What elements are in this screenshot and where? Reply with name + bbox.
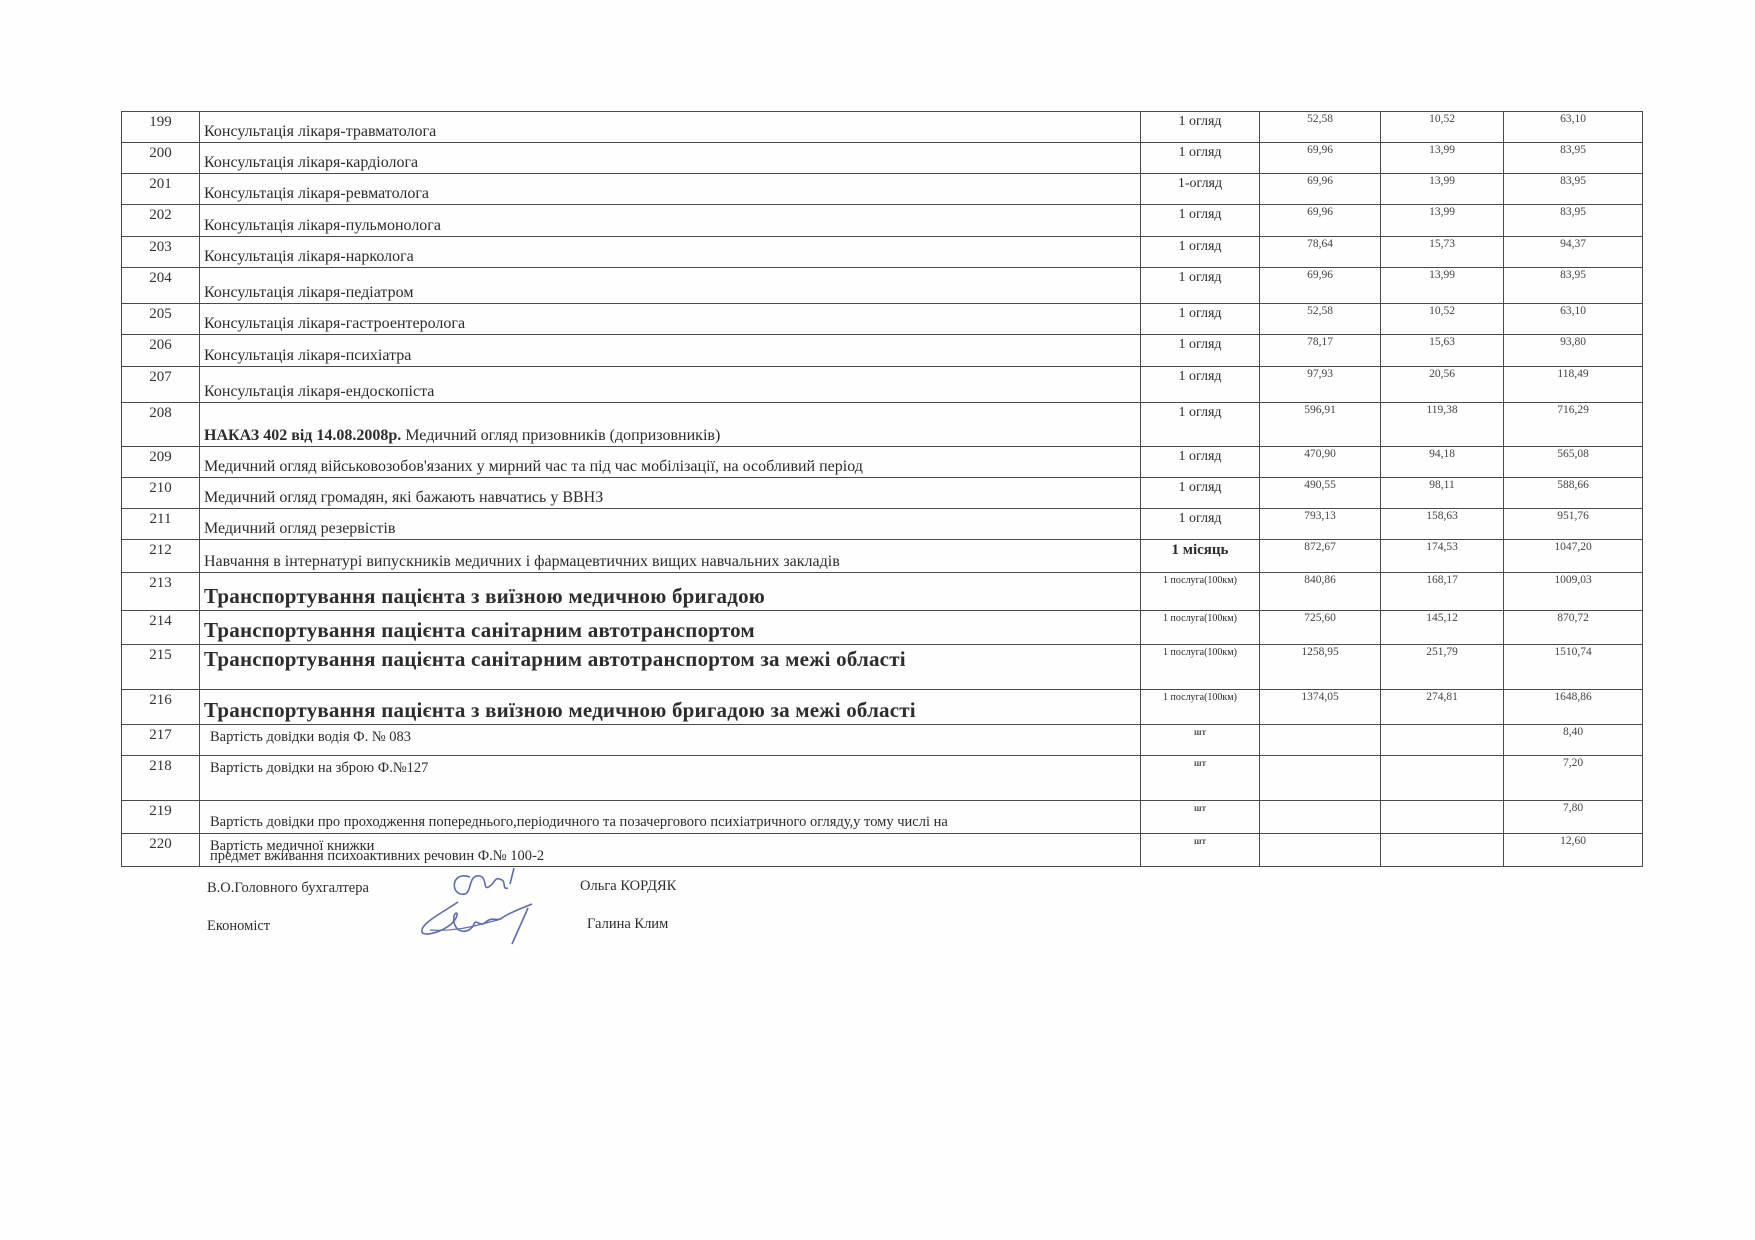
- total-price: 870,72: [1504, 611, 1642, 624]
- row-number-cell: 217: [122, 725, 200, 756]
- service-name: НАКАЗ 402 від 14.08.2008р. Медичний огля…: [204, 427, 720, 445]
- row-number: 206: [122, 335, 199, 354]
- cost-without-vat: 470,90: [1260, 447, 1380, 460]
- row-number: 217: [122, 725, 199, 744]
- service-name-cell: Вартість довідки про проходження поперед…: [200, 801, 1141, 834]
- total-price: 7,80: [1504, 801, 1642, 814]
- vat-amount-cell: 13,99: [1381, 174, 1504, 205]
- vat-amount: [1381, 756, 1503, 757]
- total-price: 8,40: [1504, 725, 1642, 738]
- unit-of-measure: шт: [1141, 801, 1259, 813]
- cost-without-vat: 69,96: [1260, 174, 1380, 187]
- cost-without-vat-cell: 69,96: [1260, 143, 1381, 174]
- unit-of-measure-cell: 1 огляд: [1141, 478, 1260, 509]
- table-row: 217Вартість довідки водія Ф. № 083шт8,40: [122, 725, 1643, 756]
- total-price-cell: 716,29: [1504, 403, 1643, 447]
- table-row: 204Консультація лікаря-педіатром1 огляд6…: [122, 268, 1643, 304]
- vat-amount: 274,81: [1381, 690, 1503, 703]
- vat-amount: 251,79: [1381, 645, 1503, 658]
- vat-amount: 13,99: [1381, 205, 1503, 218]
- vat-amount-cell: 20,56: [1381, 367, 1504, 403]
- service-name: Консультація лікаря-педіатром: [204, 284, 413, 302]
- service-name: Консультація лікаря-травматолога: [204, 123, 436, 141]
- cost-without-vat-cell: 69,96: [1260, 268, 1381, 304]
- row-number: 201: [122, 174, 199, 193]
- total-price-cell: 588,66: [1504, 478, 1643, 509]
- row-number: 205: [122, 304, 199, 323]
- service-name-cell: Консультація лікаря-кардіолога: [200, 143, 1141, 174]
- vat-amount-cell: 98,11: [1381, 478, 1504, 509]
- unit-of-measure-cell: шт: [1141, 834, 1260, 867]
- service-name-cell: Консультація лікаря-гастроентеролога: [200, 304, 1141, 335]
- service-name: Консультація лікаря-ревматолога: [204, 185, 429, 203]
- cost-without-vat-cell: 872,67: [1260, 540, 1381, 573]
- cost-without-vat-cell: 78,64: [1260, 237, 1381, 268]
- total-price-cell: 12,60: [1504, 834, 1643, 867]
- service-name-cell: Консультація лікаря-педіатром: [200, 268, 1141, 304]
- vat-amount-cell: 13,99: [1381, 268, 1504, 304]
- signature-name-chief-accountant: Ольга КОРДЯК: [580, 878, 676, 895]
- unit-of-measure-cell: 1 огляд: [1141, 112, 1260, 143]
- total-price-cell: 118,49: [1504, 367, 1643, 403]
- cost-without-vat: 78,17: [1260, 335, 1380, 348]
- vat-amount-cell: 274,81: [1381, 690, 1504, 725]
- service-name: Медичний огляд громадян, які бажають нав…: [204, 489, 603, 507]
- service-name-text: Медичний огляд призовників (допризовникі…: [401, 427, 720, 444]
- unit-of-measure-cell: 1 огляд: [1141, 268, 1260, 304]
- service-name-cell: НАКАЗ 402 від 14.08.2008р. Медичний огля…: [200, 403, 1141, 447]
- unit-of-measure-cell: 1 огляд: [1141, 304, 1260, 335]
- unit-of-measure: 1-огляд: [1141, 174, 1259, 192]
- vat-amount-cell: [1381, 756, 1504, 801]
- unit-of-measure: 1 місяць: [1141, 540, 1259, 559]
- service-name: Консультація лікаря-кардіолога: [204, 154, 418, 172]
- cost-without-vat: 490,55: [1260, 478, 1380, 491]
- row-number-cell: 216: [122, 690, 200, 725]
- unit-of-measure: 1 огляд: [1141, 304, 1259, 322]
- unit-of-measure-cell: 1 послуга(100км): [1141, 573, 1260, 611]
- unit-of-measure: 1 огляд: [1141, 112, 1259, 130]
- row-number-cell: 207: [122, 367, 200, 403]
- unit-of-measure-cell: 1 огляд: [1141, 403, 1260, 447]
- total-price: 1510,74: [1504, 645, 1642, 658]
- unit-of-measure: 1 послуга(100км): [1141, 573, 1259, 586]
- cost-without-vat-cell: [1260, 725, 1381, 756]
- total-price-cell: 1648,86: [1504, 690, 1643, 725]
- total-price-cell: 83,95: [1504, 174, 1643, 205]
- cost-without-vat: 69,96: [1260, 268, 1380, 281]
- vat-amount: [1381, 834, 1503, 835]
- total-price: 118,49: [1504, 367, 1642, 380]
- row-number: 215: [122, 645, 199, 664]
- unit-of-measure: шт: [1141, 725, 1259, 737]
- cost-without-vat-cell: 78,17: [1260, 335, 1381, 367]
- service-name-cell: Транспортування пацієнта з виїзною медич…: [200, 573, 1141, 611]
- service-name: Вартість довідки водія Ф. № 083: [210, 729, 411, 746]
- total-price: 83,95: [1504, 205, 1642, 218]
- cost-without-vat: [1260, 756, 1380, 757]
- vat-amount: 15,63: [1381, 335, 1503, 348]
- vat-amount-cell: 10,52: [1381, 304, 1504, 335]
- table-row: 210Медичний огляд громадян, які бажають …: [122, 478, 1643, 509]
- vat-amount: 145,12: [1381, 611, 1503, 624]
- unit-of-measure: 1 огляд: [1141, 335, 1259, 353]
- vat-amount: [1381, 801, 1503, 802]
- row-number: 209: [122, 447, 199, 466]
- total-price-cell: 951,76: [1504, 509, 1643, 540]
- service-name-cell: Транспортування пацієнта з виїзною медич…: [200, 690, 1141, 725]
- row-number: 202: [122, 205, 199, 224]
- vat-amount-cell: 174,53: [1381, 540, 1504, 573]
- table-row: 214Транспортування пацієнта санітарним а…: [122, 611, 1643, 645]
- row-number-cell: 205: [122, 304, 200, 335]
- vat-amount-cell: [1381, 801, 1504, 834]
- total-price: 83,95: [1504, 143, 1642, 156]
- cost-without-vat: 69,96: [1260, 205, 1380, 218]
- cost-without-vat-cell: 52,58: [1260, 112, 1381, 143]
- vat-amount-cell: 145,12: [1381, 611, 1504, 645]
- total-price: 83,95: [1504, 268, 1642, 281]
- service-name-cell: Консультація лікаря-ендоскопіста: [200, 367, 1141, 403]
- service-name-cell: Навчання в інтернатурі випускників медич…: [200, 540, 1141, 573]
- total-price: 63,10: [1504, 112, 1642, 125]
- table-row: 218Вартість довідки на зброю Ф.№127шт7,2…: [122, 756, 1643, 801]
- service-name: Транспортування пацієнта з виїзною медич…: [204, 698, 916, 723]
- row-number-cell: 215: [122, 645, 200, 690]
- cost-without-vat-cell: 97,93: [1260, 367, 1381, 403]
- cost-without-vat: 596,91: [1260, 403, 1380, 416]
- cost-without-vat: [1260, 834, 1380, 835]
- vat-amount-cell: [1381, 834, 1504, 867]
- table-row: 206Консультація лікаря-психіатра1 огляд7…: [122, 335, 1643, 367]
- total-price-cell: 63,10: [1504, 112, 1643, 143]
- vat-amount: 10,52: [1381, 304, 1503, 317]
- vat-amount: 13,99: [1381, 174, 1503, 187]
- table-row: 220Вартість медичної книжкишт12,60: [122, 834, 1643, 867]
- row-number: 199: [122, 112, 199, 131]
- row-number: 208: [122, 403, 199, 422]
- unit-of-measure: 1 огляд: [1141, 143, 1259, 161]
- order-reference: НАКАЗ 402 від 14.08.2008р.: [204, 427, 401, 444]
- unit-of-measure: 1 огляд: [1141, 237, 1259, 255]
- vat-amount: 15,73: [1381, 237, 1503, 250]
- row-number-cell: 213: [122, 573, 200, 611]
- vat-amount-cell: 13,99: [1381, 205, 1504, 237]
- service-name: Консультація лікаря-психіатра: [204, 347, 411, 365]
- unit-of-measure-cell: 1 огляд: [1141, 237, 1260, 268]
- total-price-cell: 94,37: [1504, 237, 1643, 268]
- row-number: 216: [122, 690, 199, 709]
- total-price: 951,76: [1504, 509, 1642, 522]
- total-price: 63,10: [1504, 304, 1642, 317]
- unit-of-measure: 1 огляд: [1141, 447, 1259, 465]
- signature-role-chief-accountant: В.О.Головного бухгалтера: [207, 880, 369, 897]
- vat-amount-cell: 94,18: [1381, 447, 1504, 478]
- vat-amount: 119,38: [1381, 403, 1503, 416]
- unit-of-measure-cell: шт: [1141, 756, 1260, 801]
- row-number-cell: 204: [122, 268, 200, 304]
- vat-amount: 158,63: [1381, 509, 1503, 522]
- table-row: 202Консультація лікаря-пульмонолога1 огл…: [122, 205, 1643, 237]
- total-price: 1648,86: [1504, 690, 1642, 703]
- service-name: Консультація лікаря-гастроентеролога: [204, 315, 465, 333]
- service-name-cell: Вартість довідки на зброю Ф.№127: [200, 756, 1141, 801]
- cost-without-vat: 1374,05: [1260, 690, 1380, 703]
- vat-amount: 10,52: [1381, 112, 1503, 125]
- cost-without-vat-cell: 840,86: [1260, 573, 1381, 611]
- row-number-cell: 206: [122, 335, 200, 367]
- row-number-cell: 214: [122, 611, 200, 645]
- price-table: 199Консультація лікаря-травматолога1 огл…: [121, 111, 1643, 867]
- row-number: 219: [122, 801, 199, 820]
- service-name: Консультація лікаря-пульмонолога: [204, 217, 441, 235]
- service-name-cell: Вартість медичної книжки: [200, 834, 1141, 867]
- cost-without-vat: 725,60: [1260, 611, 1380, 624]
- vat-amount: 20,56: [1381, 367, 1503, 380]
- row-number-cell: 212: [122, 540, 200, 573]
- table-row: 215Транспортування пацієнта санітарним а…: [122, 645, 1643, 690]
- table-row: 216Транспортування пацієнта з виїзною ме…: [122, 690, 1643, 725]
- unit-of-measure: 1 огляд: [1141, 268, 1259, 286]
- row-number-cell: 202: [122, 205, 200, 237]
- row-number: 214: [122, 611, 199, 630]
- service-name: Консультація лікаря-ендоскопіста: [204, 383, 434, 401]
- cost-without-vat: 840,86: [1260, 573, 1380, 586]
- unit-of-measure: 1 огляд: [1141, 478, 1259, 496]
- service-name-cell: Консультація лікаря-пульмонолога: [200, 205, 1141, 237]
- row-number: 220: [122, 834, 199, 853]
- table-row: 208НАКАЗ 402 від 14.08.2008р. Медичний о…: [122, 403, 1643, 447]
- unit-of-measure-cell: 1 огляд: [1141, 447, 1260, 478]
- total-price-cell: 1047,20: [1504, 540, 1643, 573]
- row-number-cell: 200: [122, 143, 200, 174]
- cost-without-vat-cell: [1260, 801, 1381, 834]
- unit-of-measure-cell: 1 огляд: [1141, 205, 1260, 237]
- total-price: 1009,03: [1504, 573, 1642, 586]
- total-price: 93,80: [1504, 335, 1642, 348]
- unit-of-measure-cell: 1 послуга(100км): [1141, 611, 1260, 645]
- cost-without-vat-cell: [1260, 756, 1381, 801]
- service-name-cell: Медичний огляд громадян, які бажають нав…: [200, 478, 1141, 509]
- cost-without-vat-cell: 490,55: [1260, 478, 1381, 509]
- table-row: 203Консультація лікаря-нарколога1 огляд7…: [122, 237, 1643, 268]
- cost-without-vat: [1260, 801, 1380, 802]
- vat-amount-cell: 13,99: [1381, 143, 1504, 174]
- total-price: 716,29: [1504, 403, 1642, 416]
- total-price: 588,66: [1504, 478, 1642, 491]
- total-price-cell: 870,72: [1504, 611, 1643, 645]
- row-number-cell: 218: [122, 756, 200, 801]
- cost-without-vat-cell: 793,13: [1260, 509, 1381, 540]
- service-name: Вартість довідки на зброю Ф.№127: [210, 760, 428, 777]
- cost-without-vat: [1260, 725, 1380, 726]
- unit-of-measure-cell: 1 огляд: [1141, 335, 1260, 367]
- unit-of-measure: 1 послуга(100км): [1141, 611, 1259, 624]
- total-price-cell: 8,40: [1504, 725, 1643, 756]
- service-name-cell: Вартість довідки водія Ф. № 083: [200, 725, 1141, 756]
- service-name: Медичний огляд військовозобов'язаних у м…: [204, 458, 863, 476]
- unit-of-measure: 1 послуга(100км): [1141, 690, 1259, 703]
- row-number: 204: [122, 268, 199, 287]
- total-price-cell: 63,10: [1504, 304, 1643, 335]
- row-number: 210: [122, 478, 199, 497]
- table-row: 213Транспортування пацієнта з виїзною ме…: [122, 573, 1643, 611]
- row-number: 218: [122, 756, 199, 775]
- table-row: 211Медичний огляд резервістів1 огляд793,…: [122, 509, 1643, 540]
- table-row: 200Консультація лікаря-кардіолога1 огляд…: [122, 143, 1643, 174]
- unit-of-measure-cell: 1 огляд: [1141, 509, 1260, 540]
- unit-of-measure: 1 огляд: [1141, 403, 1259, 421]
- vat-amount-cell: 15,63: [1381, 335, 1504, 367]
- service-name-cell: Медичний огляд військовозобов'язаних у м…: [200, 447, 1141, 478]
- row-number: 212: [122, 540, 199, 559]
- cost-without-vat-cell: [1260, 834, 1381, 867]
- row-number-cell: 208: [122, 403, 200, 447]
- row-number: 203: [122, 237, 199, 256]
- cost-without-vat-cell: 1258,95: [1260, 645, 1381, 690]
- service-name: Медичний огляд резервістів: [204, 520, 395, 538]
- handwritten-signature: [410, 862, 560, 952]
- service-name: Навчання в інтернатурі випускників медич…: [204, 553, 840, 571]
- row-number: 211: [122, 509, 199, 528]
- unit-of-measure-cell: 1 огляд: [1141, 367, 1260, 403]
- vat-amount: 98,11: [1381, 478, 1503, 491]
- row-number: 213: [122, 573, 199, 592]
- vat-amount-cell: 251,79: [1381, 645, 1504, 690]
- total-price-cell: 83,95: [1504, 205, 1643, 237]
- unit-of-measure: 1 огляд: [1141, 509, 1259, 527]
- service-name-cell: Консультація лікаря-психіатра: [200, 335, 1141, 367]
- service-name-cell: Консультація лікаря-ревматолога: [200, 174, 1141, 205]
- total-price-cell: 83,95: [1504, 143, 1643, 174]
- vat-amount-cell: 158,63: [1381, 509, 1504, 540]
- vat-amount: 174,53: [1381, 540, 1503, 553]
- signature-role-economist: Економіст: [207, 918, 270, 935]
- row-number-cell: 211: [122, 509, 200, 540]
- cost-without-vat-cell: 1374,05: [1260, 690, 1381, 725]
- row-number-cell: 199: [122, 112, 200, 143]
- cost-without-vat-cell: 725,60: [1260, 611, 1381, 645]
- cost-without-vat: 52,58: [1260, 112, 1380, 125]
- cost-without-vat: 793,13: [1260, 509, 1380, 522]
- unit-of-measure-cell: шт: [1141, 725, 1260, 756]
- row-number-cell: 203: [122, 237, 200, 268]
- total-price-cell: 7,80: [1504, 801, 1643, 834]
- row-number-cell: 210: [122, 478, 200, 509]
- service-name: Транспортування пацієнта з виїзною медич…: [204, 584, 765, 609]
- service-name-cell: Транспортування пацієнта санітарним авто…: [200, 611, 1141, 645]
- row-number-cell: 219: [122, 801, 200, 834]
- row-number-cell: 220: [122, 834, 200, 867]
- table-row: 212Навчання в інтернатурі випускників ме…: [122, 540, 1643, 573]
- service-name: Консультація лікаря-нарколога: [204, 248, 414, 266]
- total-price: 7,20: [1504, 756, 1642, 769]
- unit-of-measure: 1 огляд: [1141, 205, 1259, 223]
- service-name-cell: Медичний огляд резервістів: [200, 509, 1141, 540]
- unit-of-measure-cell: 1 послуга(100км): [1141, 645, 1260, 690]
- total-price-cell: 7,20: [1504, 756, 1643, 801]
- vat-amount-cell: 10,52: [1381, 112, 1504, 143]
- row-number-cell: 209: [122, 447, 200, 478]
- table-row: 209Медичний огляд військовозобов'язаних …: [122, 447, 1643, 478]
- vat-amount-cell: 119,38: [1381, 403, 1504, 447]
- cost-without-vat: 78,64: [1260, 237, 1380, 250]
- unit-of-measure: шт: [1141, 834, 1259, 846]
- vat-amount: 168,17: [1381, 573, 1503, 586]
- vat-amount: 94,18: [1381, 447, 1503, 460]
- cost-without-vat: 872,67: [1260, 540, 1380, 553]
- unit-of-measure-cell: 1 місяць: [1141, 540, 1260, 573]
- unit-of-measure: 1 огляд: [1141, 367, 1259, 385]
- row-number: 200: [122, 143, 199, 162]
- cost-without-vat-cell: 596,91: [1260, 403, 1381, 447]
- cost-without-vat: 97,93: [1260, 367, 1380, 380]
- vat-amount-cell: 168,17: [1381, 573, 1504, 611]
- row-number: 207: [122, 367, 199, 386]
- total-price: 94,37: [1504, 237, 1642, 250]
- table-row: 199Консультація лікаря-травматолога1 огл…: [122, 112, 1643, 143]
- cost-without-vat-cell: 69,96: [1260, 205, 1381, 237]
- service-name: Транспортування пацієнта санітарним авто…: [204, 647, 906, 672]
- unit-of-measure: 1 послуга(100км): [1141, 645, 1259, 658]
- cost-without-vat-cell: 470,90: [1260, 447, 1381, 478]
- table-row: 207Консультація лікаря-ендоскопіста1 огл…: [122, 367, 1643, 403]
- vat-amount: 13,99: [1381, 143, 1503, 156]
- table-row: 219Вартість довідки про проходження попе…: [122, 801, 1643, 834]
- unit-of-measure-cell: 1 огляд: [1141, 143, 1260, 174]
- service-name-cell: Консультація лікаря-травматолога: [200, 112, 1141, 143]
- total-price-cell: 93,80: [1504, 335, 1643, 367]
- unit-of-measure: шт: [1141, 756, 1259, 768]
- service-name-cell: Консультація лікаря-нарколога: [200, 237, 1141, 268]
- total-price-cell: 1009,03: [1504, 573, 1643, 611]
- vat-amount-cell: [1381, 725, 1504, 756]
- cost-without-vat-cell: 52,58: [1260, 304, 1381, 335]
- cost-without-vat: 52,58: [1260, 304, 1380, 317]
- row-number-cell: 201: [122, 174, 200, 205]
- cost-without-vat: 1258,95: [1260, 645, 1380, 658]
- service-name: Транспортування пацієнта санітарним авто…: [204, 618, 755, 643]
- total-price: 1047,20: [1504, 540, 1642, 553]
- service-name: Вартість медичної книжки: [210, 838, 374, 855]
- total-price: 12,60: [1504, 834, 1642, 847]
- vat-amount: [1381, 725, 1503, 726]
- unit-of-measure-cell: шт: [1141, 801, 1260, 834]
- table-row: 205Консультація лікаря-гастроентеролога1…: [122, 304, 1643, 335]
- cost-without-vat-cell: 69,96: [1260, 174, 1381, 205]
- scanned-page: 199Консультація лікаря-травматолога1 огл…: [0, 0, 1755, 1240]
- total-price: 83,95: [1504, 174, 1642, 187]
- total-price-cell: 565,08: [1504, 447, 1643, 478]
- service-name-cell: Транспортування пацієнта санітарним авто…: [200, 645, 1141, 690]
- signature-name-economist: Галина Клим: [587, 916, 668, 933]
- vat-amount: 13,99: [1381, 268, 1503, 281]
- table-row: 201Консультація лікаря-ревматолога1-огля…: [122, 174, 1643, 205]
- unit-of-measure-cell: 1 послуга(100км): [1141, 690, 1260, 725]
- unit-of-measure-cell: 1-огляд: [1141, 174, 1260, 205]
- total-price: 565,08: [1504, 447, 1642, 460]
- cost-without-vat: 69,96: [1260, 143, 1380, 156]
- vat-amount-cell: 15,73: [1381, 237, 1504, 268]
- total-price-cell: 1510,74: [1504, 645, 1643, 690]
- total-price-cell: 83,95: [1504, 268, 1643, 304]
